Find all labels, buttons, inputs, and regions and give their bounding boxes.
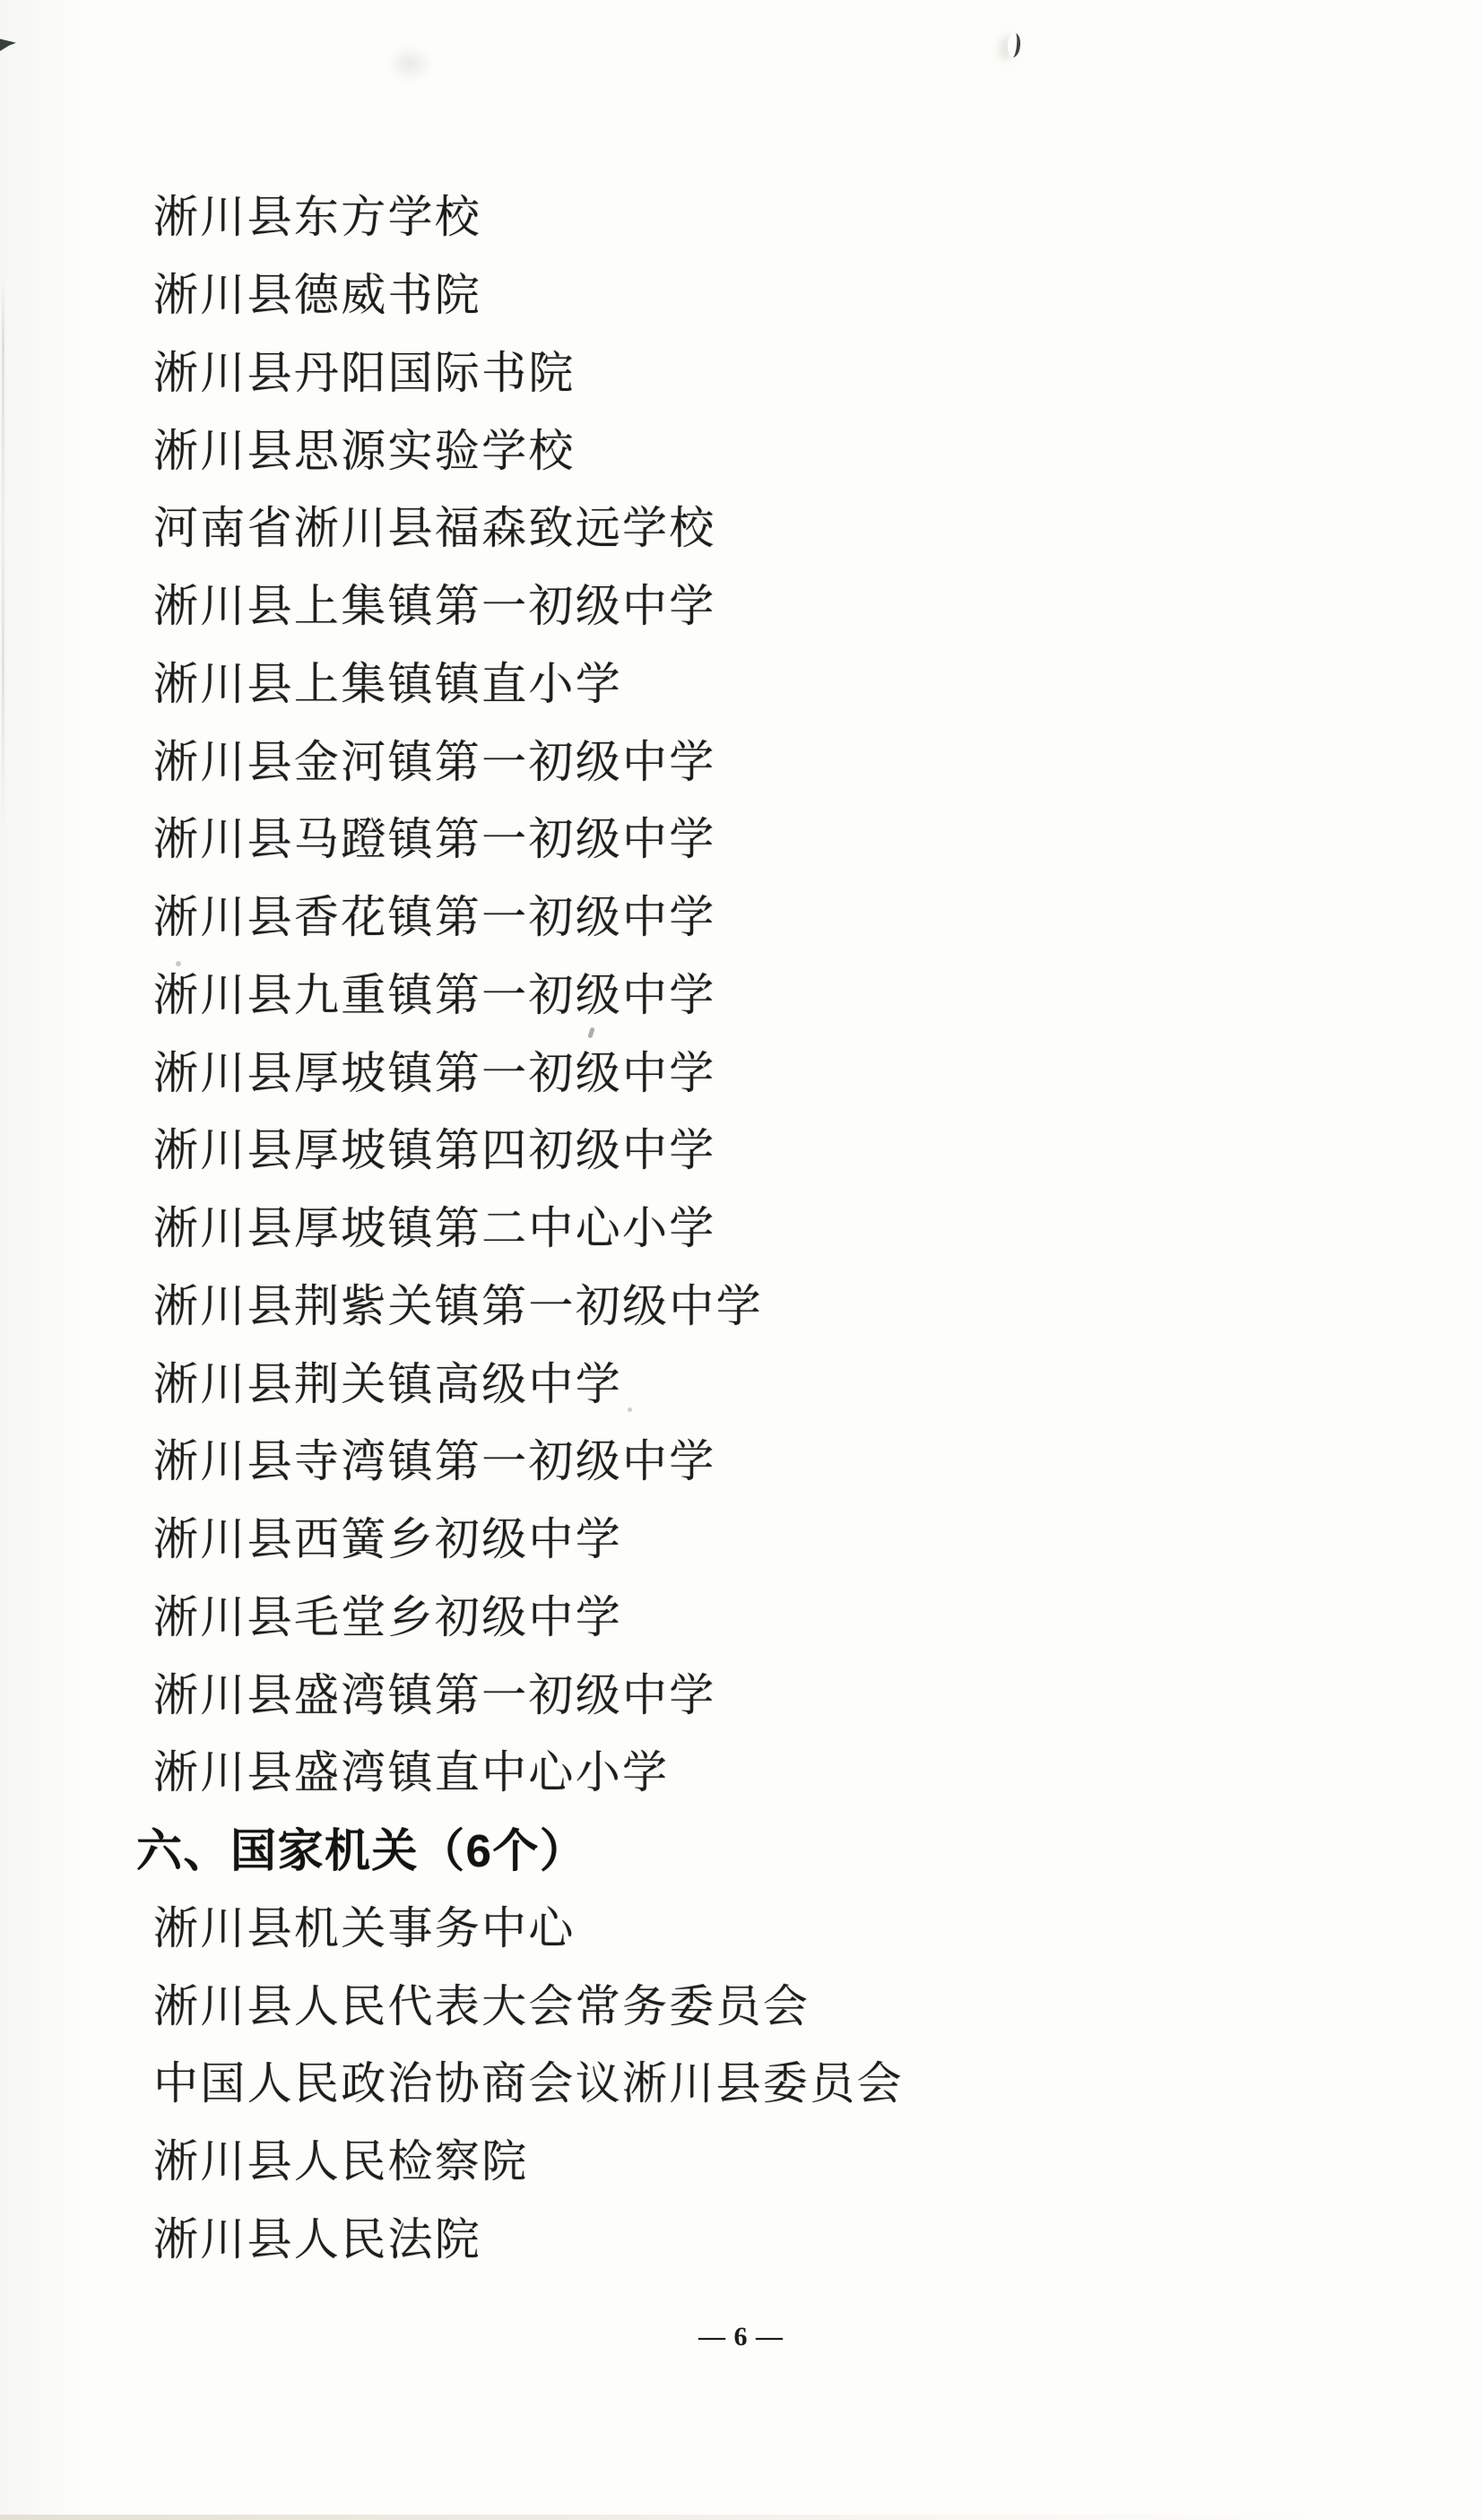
- list-item: 淅川县厚坡镇第四初级中学: [0, 1108, 1482, 1186]
- list-item: 淅川县盛湾镇第一初级中学: [0, 1652, 1482, 1730]
- list-item: 河南省淅川县福森致远学校: [0, 486, 1482, 564]
- scan-bottom-edge: [0, 2515, 1482, 2520]
- list-item: 淅川县金河镇第一初级中学: [0, 719, 1482, 797]
- scan-corner-mark: [0, 37, 16, 51]
- page-number: — 6 —: [0, 2322, 1482, 2352]
- list-item: 淅川县人民检察院: [0, 2119, 1482, 2197]
- institution-list: 淅川县东方学校 淅川县德威书院 淅川县丹阳国际书院 淅川县思源实验学校 河南省淅…: [0, 175, 1482, 2274]
- list-item: 淅川县毛堂乡初级中学: [0, 1575, 1482, 1653]
- list-item: 淅川县西簧乡初级中学: [0, 1497, 1482, 1575]
- document-page: 淅川县东方学校 淅川县德威书院 淅川县丹阳国际书院 淅川县思源实验学校 河南省淅…: [0, 0, 1482, 2520]
- list-item: 淅川县厚坡镇第二中心小学: [0, 1186, 1482, 1264]
- list-item: 淅川县香花镇第一初级中学: [0, 875, 1482, 953]
- list-item: 淅川县荆关镇高级中学: [0, 1341, 1482, 1419]
- list-item: 淅川县丹阳国际书院: [0, 331, 1482, 409]
- list-item: 淅川县思源实验学校: [0, 408, 1482, 486]
- list-item: 淅川县厚坡镇第一初级中学: [0, 1030, 1482, 1108]
- list-item: 淅川县马蹬镇第一初级中学: [0, 797, 1482, 875]
- list-item: 淅川县东方学校: [0, 175, 1482, 253]
- list-item: 淅川县荆紫关镇第一初级中学: [0, 1264, 1482, 1342]
- list-item: 淅川县德威书院: [0, 253, 1482, 331]
- scan-tick-mark: [1007, 32, 1022, 57]
- list-item: 淅川县上集镇第一初级中学: [0, 564, 1482, 642]
- list-item: 淅川县九重镇第一初级中学: [0, 953, 1482, 1031]
- scan-smudge: [377, 38, 443, 90]
- list-item: 中国人民政治协商会议淅川县委员会: [0, 2041, 1482, 2119]
- list-item: 淅川县机关事务中心: [0, 1886, 1482, 1964]
- list-item: 淅川县人民代表大会常务委员会: [0, 1963, 1482, 2041]
- list-item: 淅川县人民法院: [0, 2197, 1482, 2275]
- list-item: 淅川县上集镇镇直小学: [0, 642, 1482, 720]
- list-item: 淅川县盛湾镇直中心小学: [0, 1730, 1482, 1808]
- section-header-state-organs: 六、国家机关（6个）: [0, 1808, 1482, 1886]
- list-item: 淅川县寺湾镇第一初级中学: [0, 1419, 1482, 1497]
